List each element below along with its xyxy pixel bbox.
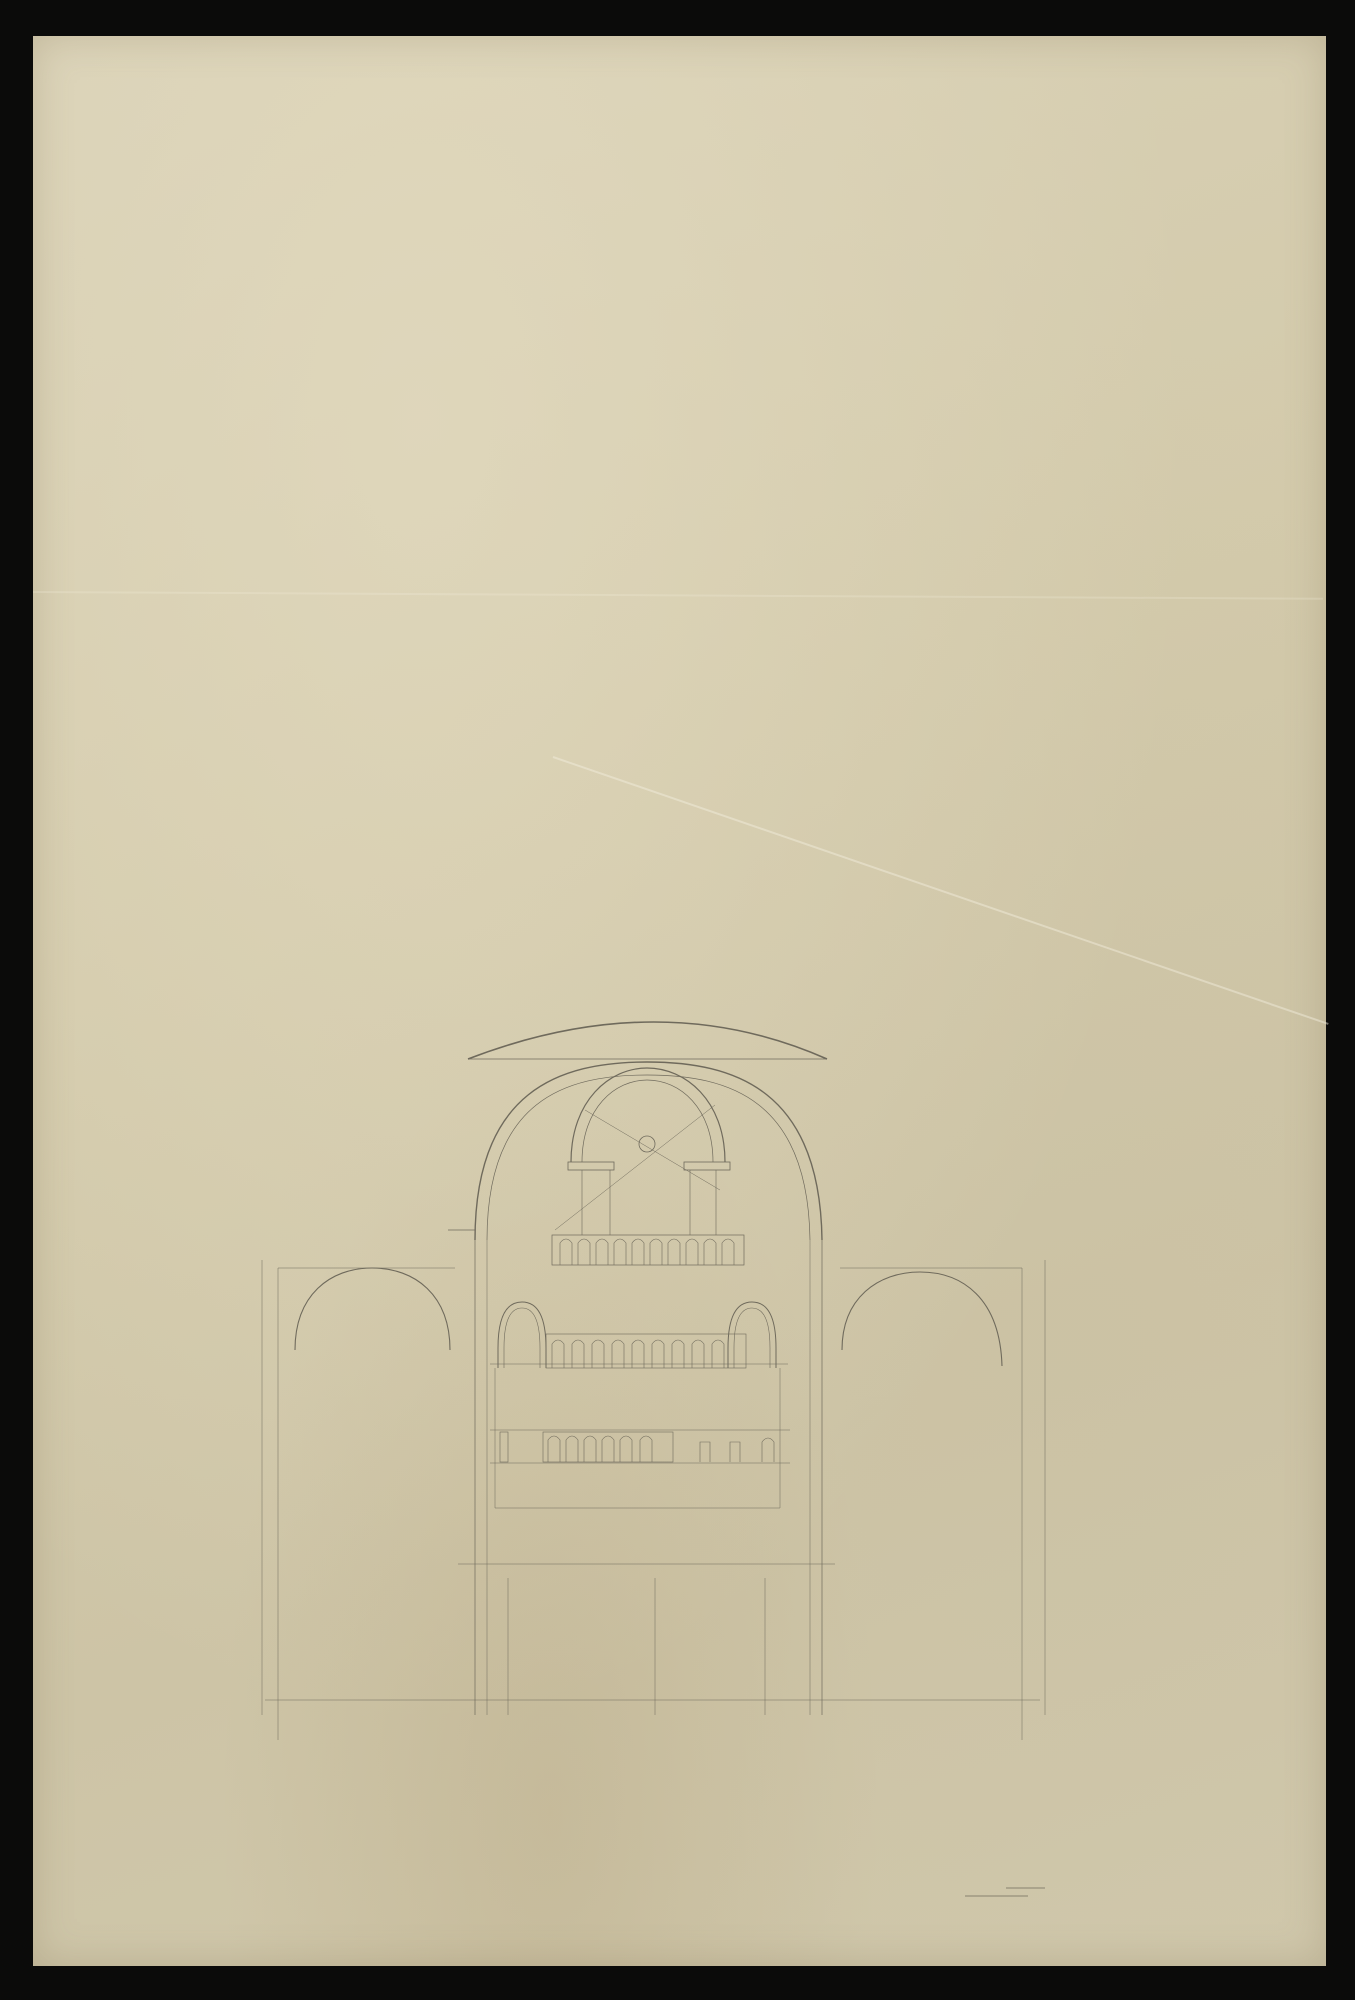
architectural-drawing (0, 0, 1355, 2000)
